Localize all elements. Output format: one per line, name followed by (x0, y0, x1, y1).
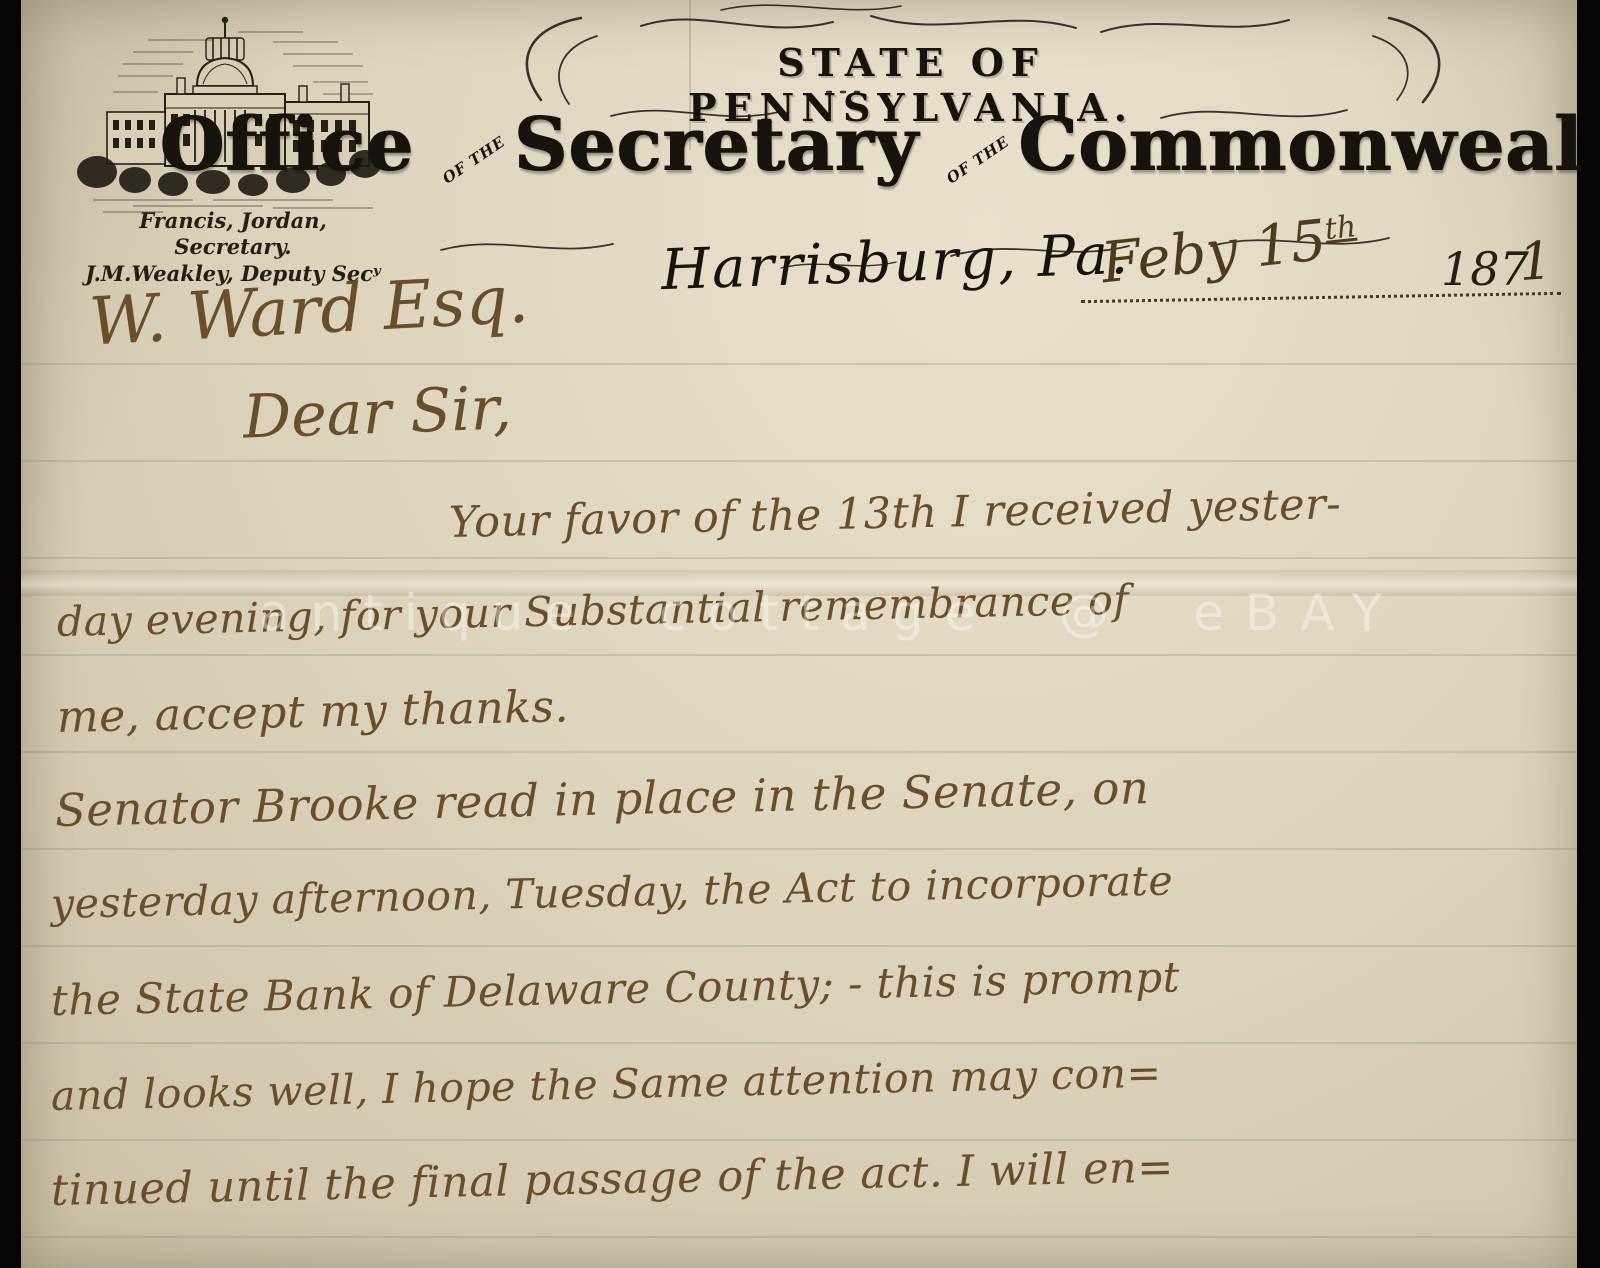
secretary-name: Francis, Jordan, Secretary. (83, 208, 383, 261)
letter-paper: Francis, Jordan, Secretary. J.M.Weakley,… (21, 0, 1577, 1268)
commonwealth-word: Commonwealth (1018, 102, 1600, 188)
scanned-letter-photo: Francis, Jordan, Secretary. J.M.Weakley,… (0, 0, 1600, 1268)
dateline: Harrisburg, Pa. Feby 15th 187 1 (661, 218, 1561, 318)
salutation-line: Dear Sir, (242, 373, 513, 452)
scan-edge-left (0, 0, 21, 1268)
letter-line: yesterday afternoon, Tuesday, the Act to… (50, 857, 1173, 928)
letter-line: tinued until the final passage of the ac… (50, 1142, 1174, 1216)
office-title: Office OF THE Secretary OF THE Commonwea… (431, 102, 1401, 188)
of-the-text: OF THE (439, 132, 509, 187)
place-printed: Harrisburg, Pa. (660, 222, 1131, 303)
printed-year-prefix: 187 (1441, 242, 1529, 296)
handwritten-date: Feby 15th (1098, 205, 1360, 296)
letter-line: the State Bank of Delaware County; - thi… (50, 952, 1180, 1025)
letter-line: and looks well, I hope the Same attentio… (50, 1049, 1161, 1120)
watermark-text: antique cottage @ eBAY (259, 584, 1403, 642)
office-word: Office (159, 102, 413, 188)
letter-line: Senator Brooke read in place in the Sena… (54, 761, 1149, 837)
handwritten-year-digit: 1 (1517, 231, 1554, 293)
letter-line: me, accept my thanks. (56, 681, 569, 743)
scan-edge-right (1581, 0, 1600, 1268)
letter-line: Your favor of the 13th I received yester… (448, 479, 1341, 548)
of-the-text: OF THE (943, 132, 1013, 187)
secretary-word: Secretary (513, 102, 918, 188)
